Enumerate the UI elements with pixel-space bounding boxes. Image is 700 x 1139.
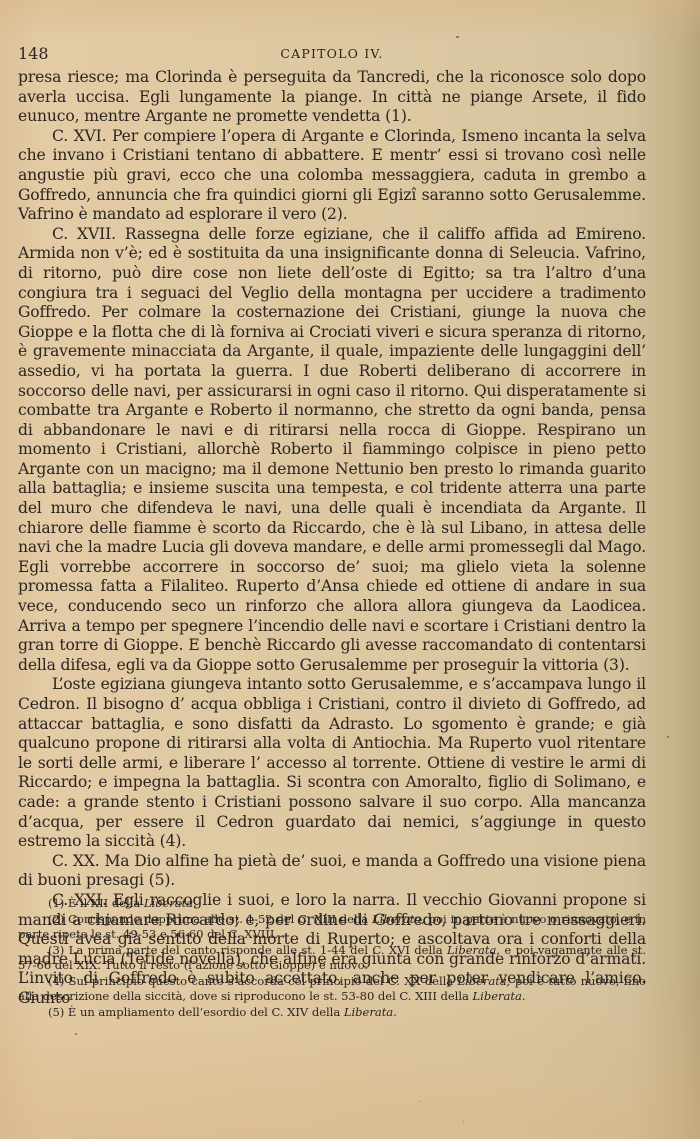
paragraph-continuation: presa riesce; ma Clorinda è perseguita d…	[18, 68, 646, 127]
footnote-marker: (2)	[48, 912, 64, 926]
footnote-3: (3) La prima parte del canto risponde al…	[18, 943, 646, 974]
paragraph-canto-xvi: C. XVI. Per compiere l’opera di Argante …	[18, 127, 646, 225]
paragraph-canto-xvii: C. XVII. Rassegna delle forze egiziane, …	[18, 225, 646, 676]
running-head: 148 CAPITOLO IV.	[18, 44, 646, 66]
footnotes: (1) È il XII della Liberata. (2) Corrisp…	[18, 896, 646, 1020]
footnote-marker: (4)	[48, 974, 64, 988]
chapter-title: CAPITOLO IV.	[18, 46, 646, 61]
paragraph-egyptian-host: L’oste egiziana giungeva intanto sotto G…	[18, 675, 646, 851]
footnote-5: (5) È un ampliamento dell’esordio del C.…	[18, 1005, 646, 1021]
footnote-text: .	[393, 1005, 397, 1019]
footnote-marker: (3)	[48, 943, 64, 957]
footnote-italic-title: Liberata;	[457, 974, 510, 988]
footnote-italic-title: Liberata	[473, 989, 522, 1003]
footnote-italic-title: Liberata	[344, 1005, 393, 1019]
footnote-2: (2) Corrisponde dapprima alle st. 1-52 d…	[18, 912, 646, 943]
speck	[420, 1101, 421, 1102]
footnote-italic-title: Liberata	[447, 943, 496, 957]
speck	[667, 736, 669, 738]
footnote-text: La prima parte del canto risponde alle s…	[64, 943, 447, 957]
footnote-italic-title: Liberata	[372, 912, 421, 926]
footnote-text: È il XII della	[64, 896, 144, 910]
footnote-text: .	[193, 896, 197, 910]
footnote-text: .	[522, 989, 526, 1003]
page-shading-top	[0, 0, 700, 40]
footnote-marker: (5)	[48, 1005, 64, 1019]
footnote-italic-title: Liberata	[144, 896, 193, 910]
footnote-marker: (1)	[48, 896, 64, 910]
footnote-text: Sul principio questo canto s’accorda col…	[64, 974, 457, 988]
paragraph-canto-xx: C. XX. Ma Dio alfine ha pietà de’ suoi, …	[18, 852, 646, 891]
speck	[456, 36, 459, 38]
speck	[463, 1121, 464, 1122]
footnote-text: È un ampliamento dell’esordio del C. XIV…	[64, 1005, 344, 1019]
body-text: presa riesce; ma Clorinda è perseguita d…	[18, 68, 646, 1009]
footnote-4: (4) Sul principio questo canto s’accorda…	[18, 974, 646, 1005]
footnote-1: (1) È il XII della Liberata.	[18, 896, 646, 912]
footnote-text: Corrisponde dapprima alle st. 1-52 del C…	[64, 912, 372, 926]
speck	[75, 1033, 77, 1035]
